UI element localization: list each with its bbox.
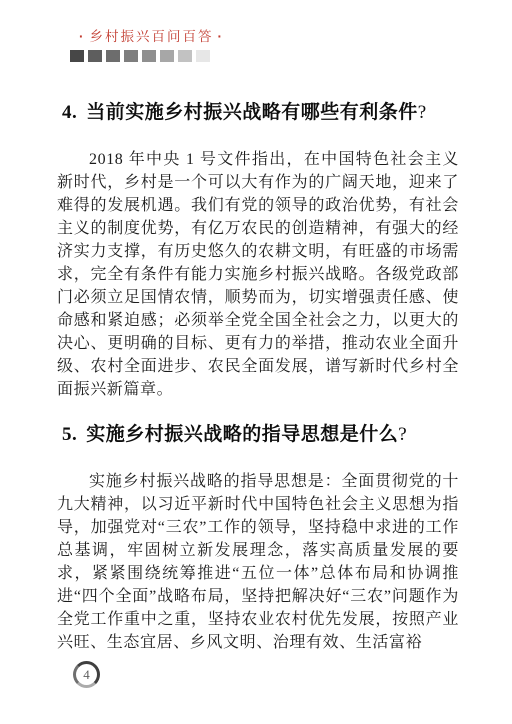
masthead-title: 乡村振兴百问百答 — [90, 29, 214, 44]
question-number: 5. — [62, 424, 77, 445]
page-footer: 4 — [73, 661, 100, 688]
question-title: 实施乡村振兴战略的指导思想是什么 — [86, 424, 398, 445]
question-body-4: 2018 年中央 1 号文件指出，在中国特色社会主义新时代，乡村是一个可以大有作… — [57, 148, 459, 401]
gradient-square — [88, 50, 102, 62]
book-page: ·乡村振兴百问百答· 4.当前实施乡村振兴战略有哪些有利条件? 2018 年中央… — [0, 0, 512, 724]
question-body-5: 实施乡村振兴战略的指导思想是：全面贯彻党的十九大精神，以习近平新时代中国特色社会… — [57, 470, 459, 654]
gradient-square — [142, 50, 156, 62]
page-number: 4 — [83, 668, 90, 681]
gradient-bar — [70, 50, 228, 62]
question-section-4: 4.当前实施乡村振兴战略有哪些有利条件? 2018 年中央 1 号文件指出，在中… — [57, 101, 459, 401]
question-section-5: 5.实施乡村振兴战略的指导思想是什么? 实施乡村振兴战略的指导思想是：全面贯彻党… — [57, 423, 459, 654]
gradient-square — [106, 50, 120, 62]
gradient-square — [196, 50, 210, 62]
gradient-square — [160, 50, 174, 62]
gradient-square — [124, 50, 138, 62]
masthead: ·乡村振兴百问百答· — [70, 29, 228, 62]
gradient-square — [70, 50, 84, 62]
question-mark: ? — [418, 102, 427, 123]
page-content: 4.当前实施乡村振兴战略有哪些有利条件? 2018 年中央 1 号文件指出，在中… — [57, 101, 459, 654]
page-number-badge: 4 — [73, 661, 100, 688]
question-title: 当前实施乡村振兴战略有哪些有利条件 — [86, 102, 418, 123]
question-number: 4. — [62, 102, 77, 123]
gradient-square — [178, 50, 192, 62]
left-dot-decoration: · — [79, 29, 86, 44]
masthead-title-line: ·乡村振兴百问百答· — [70, 29, 228, 45]
question-mark: ? — [398, 424, 407, 445]
right-dot-decoration: · — [218, 29, 225, 44]
question-heading-5: 5.实施乡村振兴战略的指导思想是什么? — [57, 423, 459, 447]
question-heading-4: 4.当前实施乡村振兴战略有哪些有利条件? — [57, 101, 459, 125]
